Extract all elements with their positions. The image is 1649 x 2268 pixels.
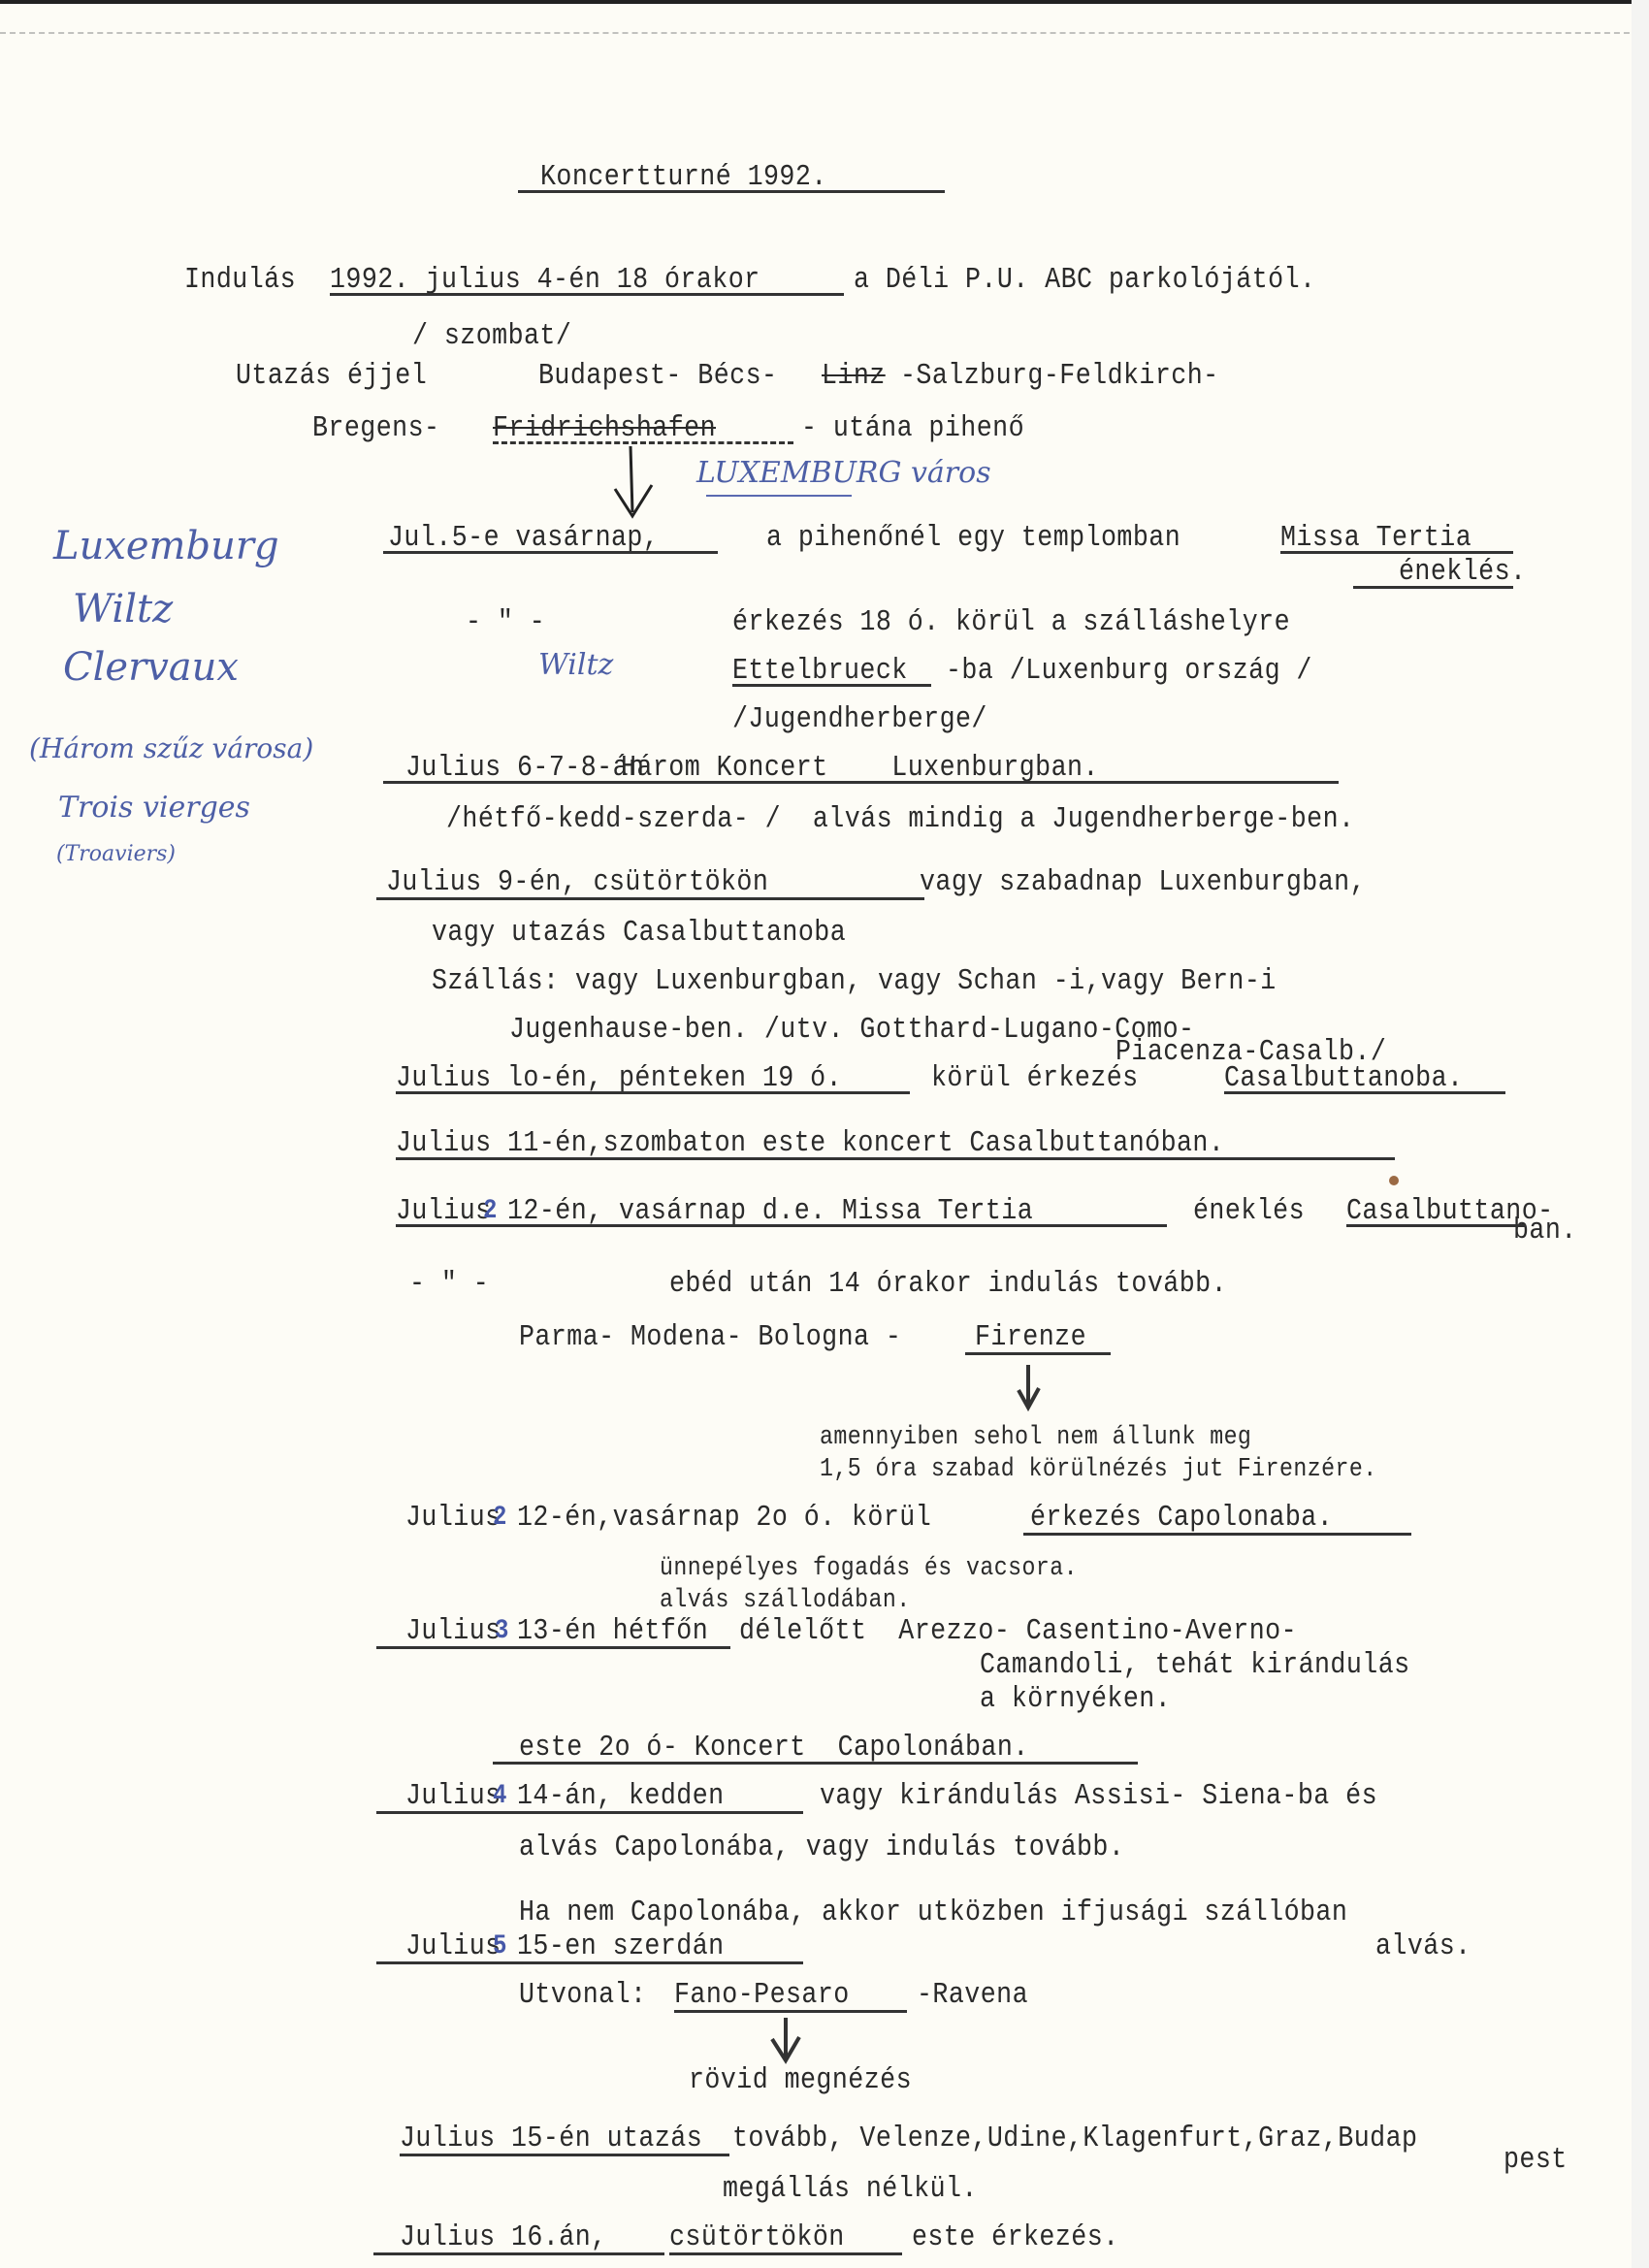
entry-jul14-underline xyxy=(376,1811,803,1814)
entry-jul678-date: Julius 6-7-8-án xyxy=(405,752,644,785)
entry-ditto2-text: ebéd után 14 órakor indulás tovább. xyxy=(669,1268,1227,1301)
entry-jul10-underline xyxy=(396,1091,910,1094)
margin-note-wiltz: Wiltz xyxy=(73,587,173,632)
page-edge xyxy=(0,0,1649,4)
entry-arrival-text: érkezés 18 ó. körül a szálláshelyre xyxy=(732,606,1290,639)
entry-jul678-underline xyxy=(383,781,1339,784)
firenze-underline xyxy=(965,1352,1111,1355)
entry-jul14-text: vagy kirándulás Assisi- Siena-ba és xyxy=(820,1780,1377,1813)
entry-jul13-line4: este 2o ó- Koncert Capolonában. xyxy=(519,1732,1029,1765)
entry-jul14-date: Julius 14-án, kedden xyxy=(405,1780,725,1813)
entry-jul678-text: Három Koncert Luxenburgban. xyxy=(621,752,1099,785)
arrow-down-icon xyxy=(1014,1363,1043,1411)
route-label: Utazás éjjel xyxy=(236,360,427,393)
margin-note-troaviers: (Troaviers) xyxy=(56,842,176,866)
entry-jul13-line3: a környéken. xyxy=(980,1683,1171,1716)
entry-jul12b-highlight: érkezés Capolonaba. xyxy=(1030,1502,1333,1535)
missa-underline xyxy=(1280,551,1513,554)
entry-jul12-text: éneklés xyxy=(1193,1195,1305,1228)
entry-jul9-line3: Szállás: vagy Luxenburgban, vagy Schan -… xyxy=(432,965,1277,998)
entry-firenze: Firenze xyxy=(975,1321,1086,1354)
entry-jul15b-underline xyxy=(400,2154,729,2156)
arrow-down-icon xyxy=(766,2016,805,2064)
entry-jul15b-cont: pest xyxy=(1503,2144,1568,2177)
correction-digit-14: 4 xyxy=(493,1780,507,1813)
entry-jul10-highlight: Casalbuttanoba. xyxy=(1224,1062,1463,1095)
casalbuttano-underline-2 xyxy=(1346,1224,1526,1227)
handwritten-luxemburg-varos: LUXEMBURG város xyxy=(696,456,991,490)
entry-jul11-underline xyxy=(396,1157,1395,1160)
fano-pesaro-underline xyxy=(674,2010,907,2013)
route-line1-b: -Salzburg-Feldkirch- xyxy=(900,360,1219,393)
handwritten-underline xyxy=(706,495,852,497)
entry-jul9-line4: Jugenhause-ben. /utv. Gotthard-Lugano-Co… xyxy=(509,1014,1194,1047)
route-line2-b: - utána pihenő xyxy=(801,412,1024,445)
entry-ditto2-line2: Parma- Modena- Bologna - xyxy=(519,1321,901,1354)
entry-jul16-text: este érkezés. xyxy=(912,2221,1119,2254)
entry-jul9-line2: vagy utazás Casalbuttanoba xyxy=(432,917,846,950)
margin-note-luxemburg: Luxemburg xyxy=(53,524,279,568)
enekles-underline xyxy=(1353,586,1513,589)
entry-jul5-text: a pihenőnél egy templomban xyxy=(766,522,1180,555)
entry-jul12b-line3: alvás szállodában. xyxy=(660,1584,911,1617)
entry-jul9-text: vagy szabadnap Luxenburgban, xyxy=(920,866,1366,899)
departure-prefix: Indulás xyxy=(184,264,296,297)
entry-jul11: Julius 11-én,szombaton este koncert Casa… xyxy=(396,1127,1224,1160)
entry-jul12-cont: ban. xyxy=(1513,1215,1577,1247)
route-line1-a: Budapest- Bécs- xyxy=(538,360,777,393)
page-edge-right xyxy=(1632,0,1649,2268)
entry-jul5-cont: éneklés. xyxy=(1399,556,1526,589)
entry-arrival-line2: -ba /Luxenburg ország / xyxy=(946,655,1312,688)
entry-jul14-line3b: alvás. xyxy=(1375,1930,1471,1963)
koncert-underline xyxy=(493,1762,1138,1765)
entry-jul12b-line2: ünnepélyes fogadás és vacsora. xyxy=(660,1552,1078,1585)
entry-jul15a-date: Julius 15-en szerdán xyxy=(405,1930,725,1963)
entry-jul13-line2: Camandoli, tehát kirándulás xyxy=(980,1649,1410,1682)
entry-jul15a-route-label: Utvonal: xyxy=(519,1979,646,2012)
handwritten-wiltz: Wiltz xyxy=(538,648,613,682)
entry-jul10-text: körül érkezés xyxy=(931,1062,1139,1095)
entry-jul14-line3: Ha nem Capolonába, akkor utközben ifjusá… xyxy=(519,1896,1347,1929)
entry-jul678-line2: /hétfő-kedd-szerda- / alvás mindig a Jug… xyxy=(446,803,1354,836)
entry-jul16-date: Julius 16.án, xyxy=(400,2221,607,2254)
route-line1-struck: Linz xyxy=(822,360,886,393)
entry-ettelbrueck: Ettelbrueck xyxy=(732,655,908,688)
correction-digit-15: 5 xyxy=(493,1930,507,1963)
entry-jul15b-text: tovább, Velenze,Udine,Klagenfurt,Graz,Bu… xyxy=(732,2122,1417,2155)
correction-digit-12: 2 xyxy=(483,1195,498,1228)
entry-jul16-highlight: csütörtökön xyxy=(669,2221,845,2254)
perforation-line xyxy=(0,32,1649,34)
entry-jul15a-route-b: -Ravena xyxy=(917,1979,1028,2012)
departure-underline xyxy=(330,293,844,296)
entry-jul15b-line2: megállás nélkül. xyxy=(723,2173,978,2206)
entry-arrival-line3: /Jugendherberge/ xyxy=(732,703,987,736)
casalbuttano-underline xyxy=(1224,1091,1505,1094)
entry-jul12b-date: Julius 12-én,vasárnap 2o ó. körül xyxy=(405,1502,931,1535)
route-line2-struck: Fridrichshafen xyxy=(493,412,716,445)
entry-ditto-1: - " - xyxy=(466,606,545,639)
entry-jul15a-underline xyxy=(376,1961,803,1964)
entry-jul16-underline xyxy=(373,2252,664,2255)
entry-jul13-date: Julius 13-én hétfőn xyxy=(405,1615,708,1648)
entry-jul14-line2: alvás Capolonába, vagy indulás tovább. xyxy=(519,1831,1124,1864)
entry-ditto2-line4: 1,5 óra szabad körülnézés jut Firenzére. xyxy=(820,1453,1377,1486)
correction-digit-13: 3 xyxy=(495,1615,509,1648)
entry-jul15b-date: Julius 15-én utazás xyxy=(400,2122,702,2155)
title-underline xyxy=(518,190,945,193)
correction-digit-12b: 2 xyxy=(493,1502,507,1535)
entry-jul5-underline xyxy=(383,551,718,554)
entry-jul5-highlight: Missa Tertia xyxy=(1280,522,1471,555)
entry-jul10-date: Julius lo-én, pénteken 19 ó. xyxy=(396,1062,842,1095)
entry-jul5-date: Jul.5-e vasárnap, xyxy=(388,522,659,555)
ink-stain xyxy=(1389,1176,1399,1185)
entry-jul9-date: Julius 9-én, csütörtökön xyxy=(386,866,768,899)
margin-note-trois-vierges: Trois vierges xyxy=(58,791,250,825)
ettelbrueck-underline xyxy=(732,684,931,687)
arrow-down-icon xyxy=(609,444,658,522)
departure-location: a Déli P.U. ABC parkolójától. xyxy=(854,264,1315,297)
entry-ditto-2: - " - xyxy=(409,1268,489,1301)
capolona-underline xyxy=(1023,1533,1411,1536)
entry-jul9-underline xyxy=(376,897,924,900)
route-line2-a: Bregens- xyxy=(312,412,439,445)
departure-weekday: / szombat/ xyxy=(412,320,571,353)
entry-jul12-underline xyxy=(396,1224,1167,1227)
entry-jul15a-line3: rövid megnézés xyxy=(689,2064,912,2097)
entry-ditto2-line3: amennyiben sehol nem állunk meg xyxy=(820,1421,1251,1454)
document-title: Koncertturné 1992. xyxy=(540,161,827,194)
entry-jul13-text: délelőtt Arezzo- Casentino-Averno- xyxy=(739,1615,1297,1648)
margin-note-clervaux: Clervaux xyxy=(63,645,239,690)
entry-jul13-underline xyxy=(376,1646,730,1649)
margin-note-harom-szuz: (Három szűz városa) xyxy=(29,732,313,764)
csutortok-underline xyxy=(669,2252,902,2255)
departure-date: 1992. julius 4-én 18 órakor xyxy=(330,264,760,297)
entry-jul15a-route-u: Fano-Pesaro xyxy=(674,1979,850,2012)
